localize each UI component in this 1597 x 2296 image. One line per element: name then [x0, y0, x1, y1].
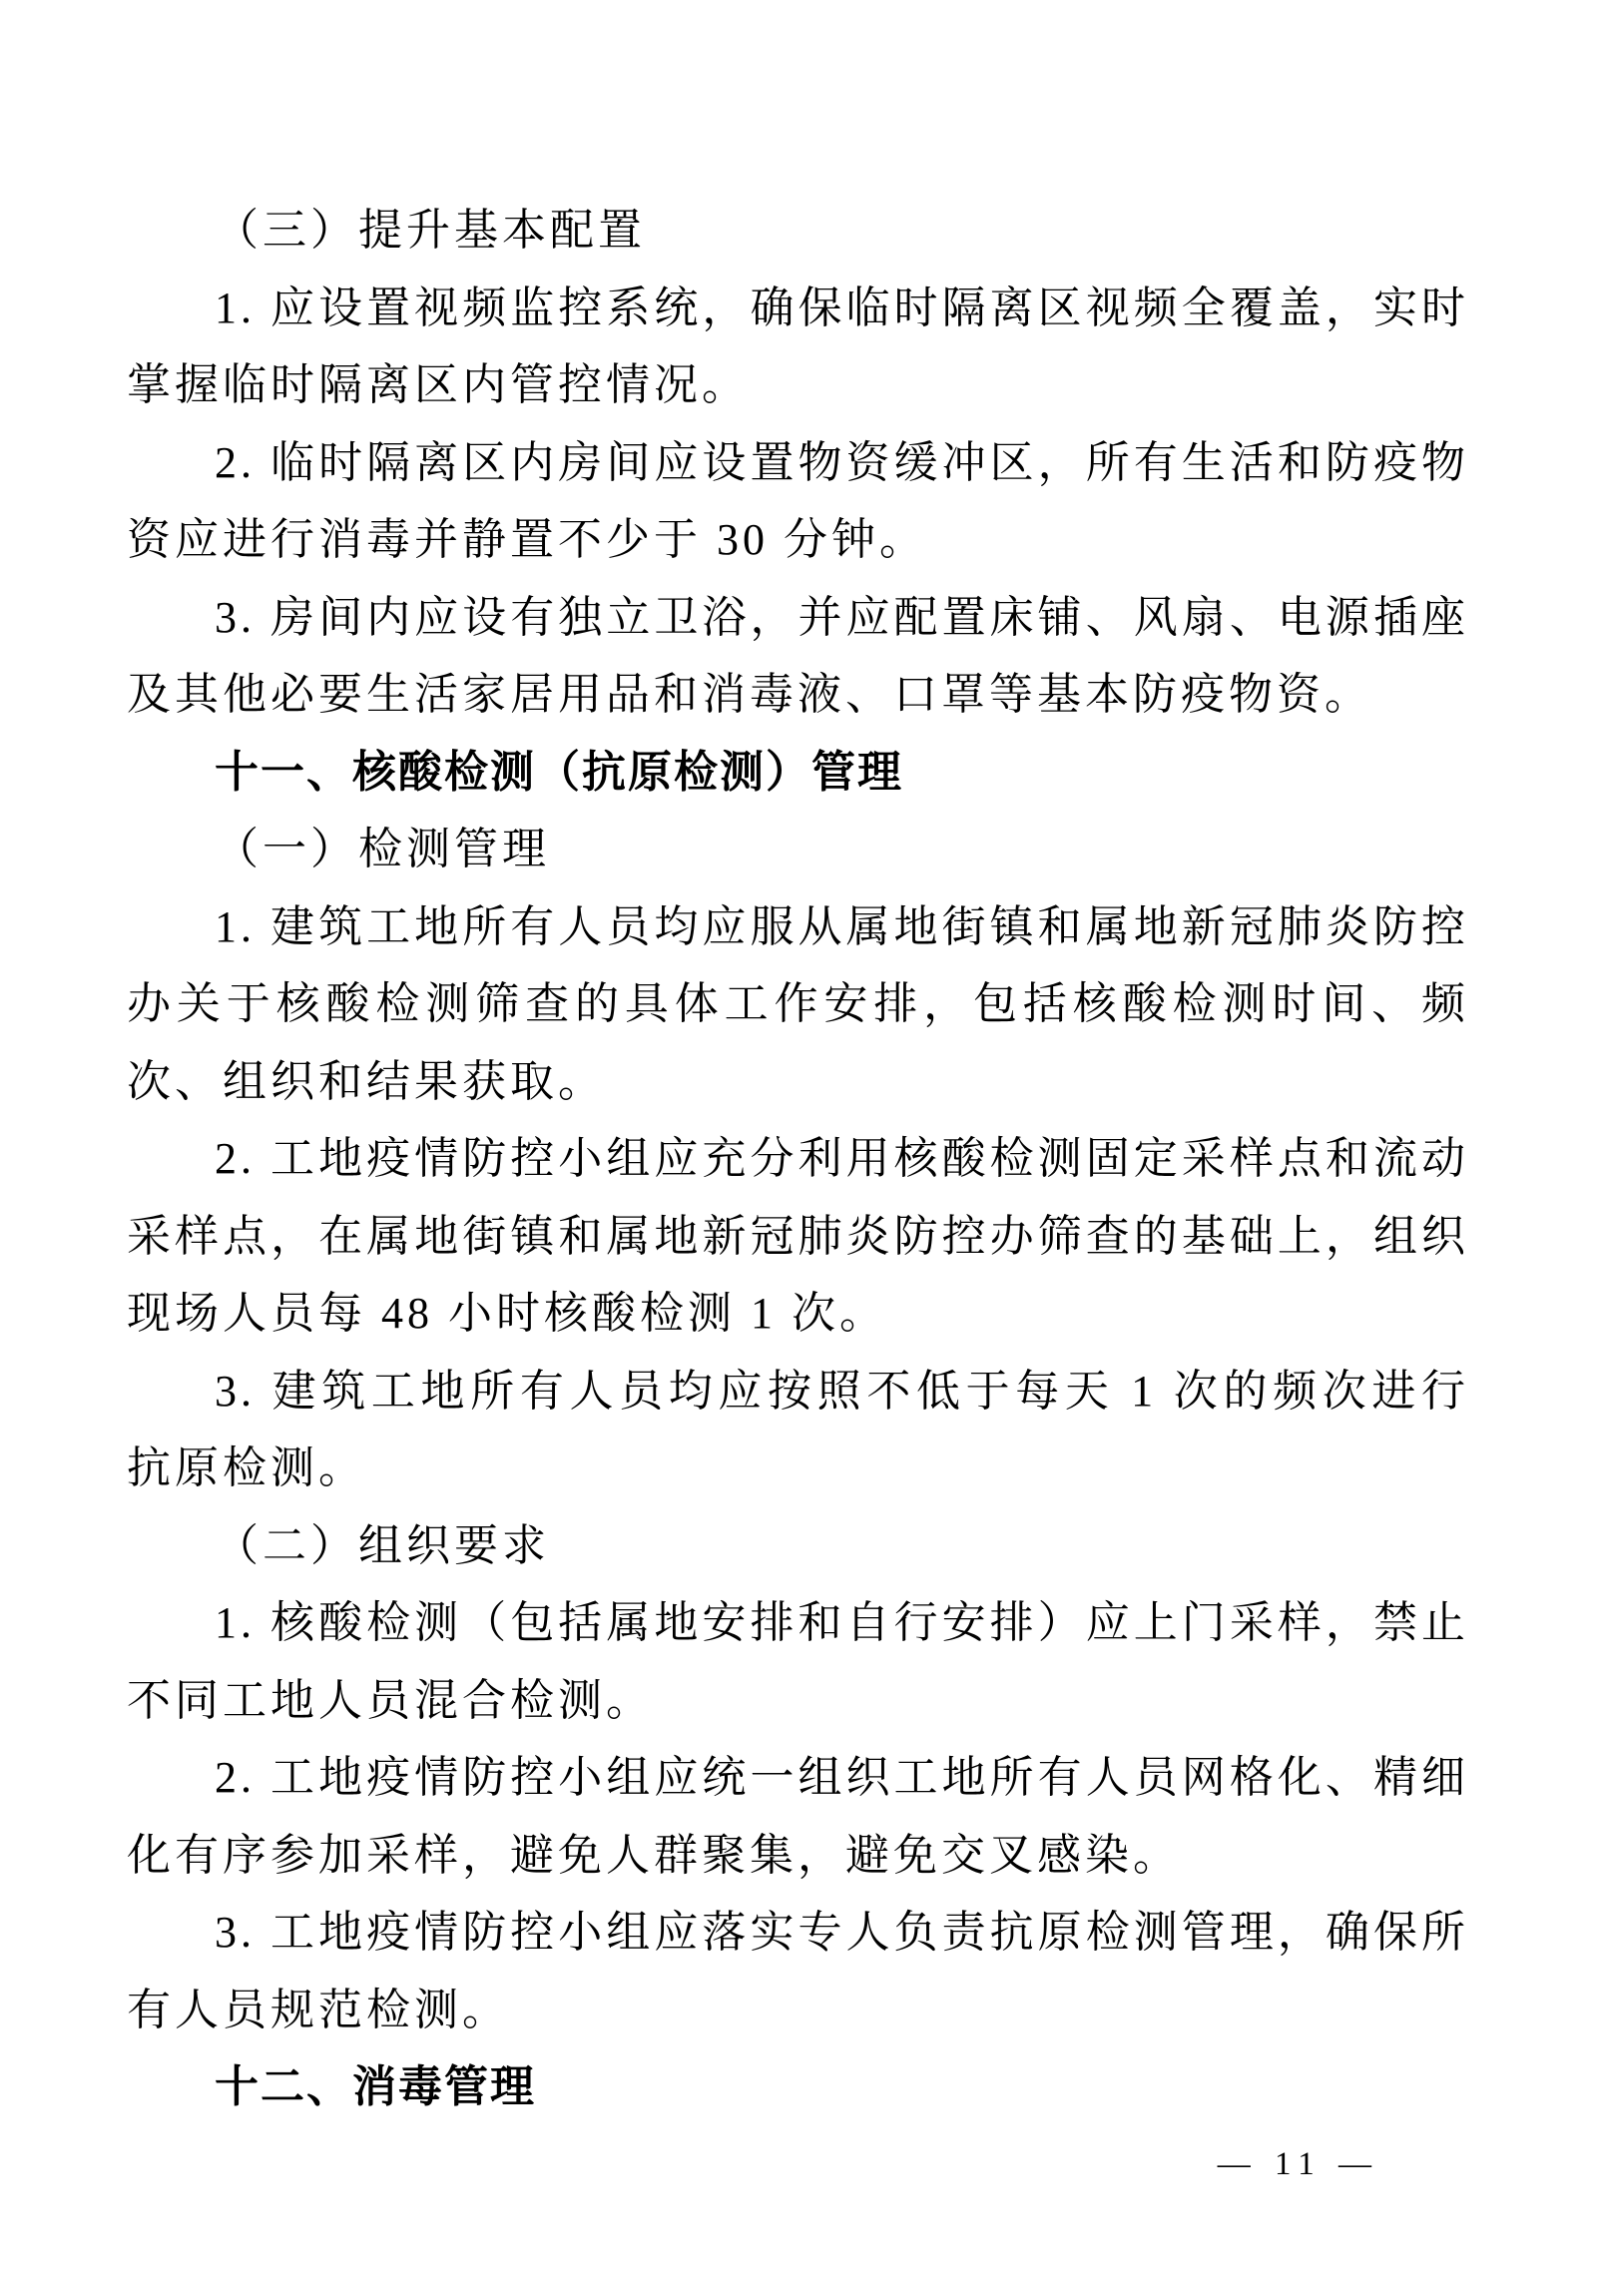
page-number: — 11 — — [1218, 2146, 1379, 2183]
document-page: （三）提升基本配置 1. 应设置视频监控系统，确保临时隔离区视频全覆盖，实时掌握… — [0, 0, 1597, 2296]
chapter-heading-12-disinfection-management: 十二、消毒管理 — [127, 2048, 1469, 2126]
section-heading-2-organization-requirements: （二）组织要求 — [127, 1507, 1469, 1585]
paragraph-room-facilities: 3. 房间内应设有独立卫浴，并应配置床铺、风扇、电源插座及其他必要生活家居用品和… — [127, 579, 1469, 734]
paragraph-material-buffer-zone: 2. 临时隔离区内房间应设置物资缓冲区，所有生活和防疫物资应进行消毒并静置不少于… — [127, 424, 1469, 579]
paragraph-grid-organization: 2. 工地疫情防控小组应统一组织工地所有人员网格化、精细化有序参加采样，避免人群… — [127, 1739, 1469, 1894]
paragraph-sampling-points: 2. 工地疫情防控小组应充分利用核酸检测固定采样点和流动采样点，在属地街镇和属地… — [127, 1120, 1469, 1353]
document-body: （三）提升基本配置 1. 应设置视频监控系统，确保临时隔离区视频全覆盖，实时掌握… — [127, 192, 1469, 2126]
section-heading-1-testing-management: （一）检测管理 — [127, 811, 1469, 888]
section-heading-3-upgrade-basic-config: （三）提升基本配置 — [127, 192, 1469, 270]
chapter-heading-11-nucleic-acid-testing: 十一、核酸检测（抗原检测）管理 — [127, 734, 1469, 812]
paragraph-video-surveillance: 1. 应设置视频监控系统，确保临时隔离区视频全覆盖，实时掌握临时隔离区内管控情况… — [127, 270, 1469, 424]
paragraph-testing-arrangement: 1. 建筑工地所有人员均应服从属地街镇和属地新冠肺炎防控办关于核酸检测筛查的具体… — [127, 888, 1469, 1121]
paragraph-antigen-frequency: 3. 建筑工地所有人员均应按照不低于每天 1 次的频次进行抗原检测。 — [127, 1353, 1469, 1507]
paragraph-dedicated-personnel: 3. 工地疫情防控小组应落实专人负责抗原检测管理，确保所有人员规范检测。 — [127, 1894, 1469, 2048]
paragraph-door-to-door-sampling: 1. 核酸检测（包括属地安排和自行安排）应上门采样，禁止不同工地人员混合检测。 — [127, 1584, 1469, 1739]
